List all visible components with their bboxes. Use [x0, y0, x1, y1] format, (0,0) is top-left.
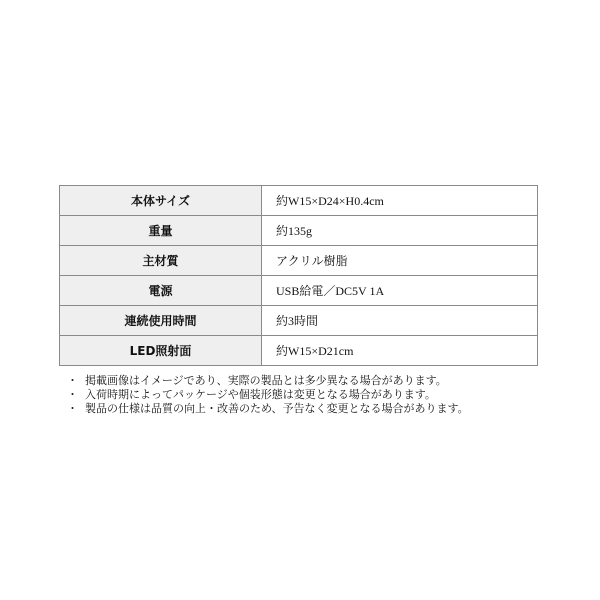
spec-table: 本体サイズ 約W15×D24×H0.4cm 重量 約135g 主材質 アクリル樹… — [59, 185, 538, 366]
table-row: 重量 約135g — [60, 216, 538, 246]
bullet-icon: ・ — [64, 402, 85, 416]
spec-label: 本体サイズ — [60, 186, 262, 216]
spec-label: 重量 — [60, 216, 262, 246]
note-item: ・ 入荷時期によってパッケージや個装形態は変更となる場合があります。 — [64, 388, 469, 402]
bullet-icon: ・ — [64, 388, 85, 402]
spec-label: 電源 — [60, 276, 262, 306]
spec-label: LED照射面 — [60, 336, 262, 366]
table-row: 主材質 アクリル樹脂 — [60, 246, 538, 276]
note-text: 入荷時期によってパッケージや個装形態は変更となる場合があります。 — [85, 388, 436, 402]
table-row: 電源 USB給電／DC5V 1A — [60, 276, 538, 306]
spec-value: USB給電／DC5V 1A — [262, 276, 538, 306]
spec-value: 約W15×D21cm — [262, 336, 538, 366]
notes-list: ・ 掲載画像はイメージであり、実際の製品とは多少異なる場合があります。 ・ 入荷… — [64, 374, 469, 416]
note-item: ・ 製品の仕様は品質の向上・改善のため、予告なく変更となる場合があります。 — [64, 402, 469, 416]
table-row: 本体サイズ 約W15×D24×H0.4cm — [60, 186, 538, 216]
table-row: LED照射面 約W15×D21cm — [60, 336, 538, 366]
spec-value: 約3時間 — [262, 306, 538, 336]
spec-value: アクリル樹脂 — [262, 246, 538, 276]
table-row: 連続使用時間 約3時間 — [60, 306, 538, 336]
spec-value: 約W15×D24×H0.4cm — [262, 186, 538, 216]
spec-value: 約135g — [262, 216, 538, 246]
note-text: 製品の仕様は品質の向上・改善のため、予告なく変更となる場合があります。 — [85, 402, 469, 416]
note-item: ・ 掲載画像はイメージであり、実際の製品とは多少異なる場合があります。 — [64, 374, 469, 388]
spec-label: 主材質 — [60, 246, 262, 276]
bullet-icon: ・ — [64, 374, 85, 388]
spec-label: 連続使用時間 — [60, 306, 262, 336]
note-text: 掲載画像はイメージであり、実際の製品とは多少異なる場合があります。 — [85, 374, 447, 388]
